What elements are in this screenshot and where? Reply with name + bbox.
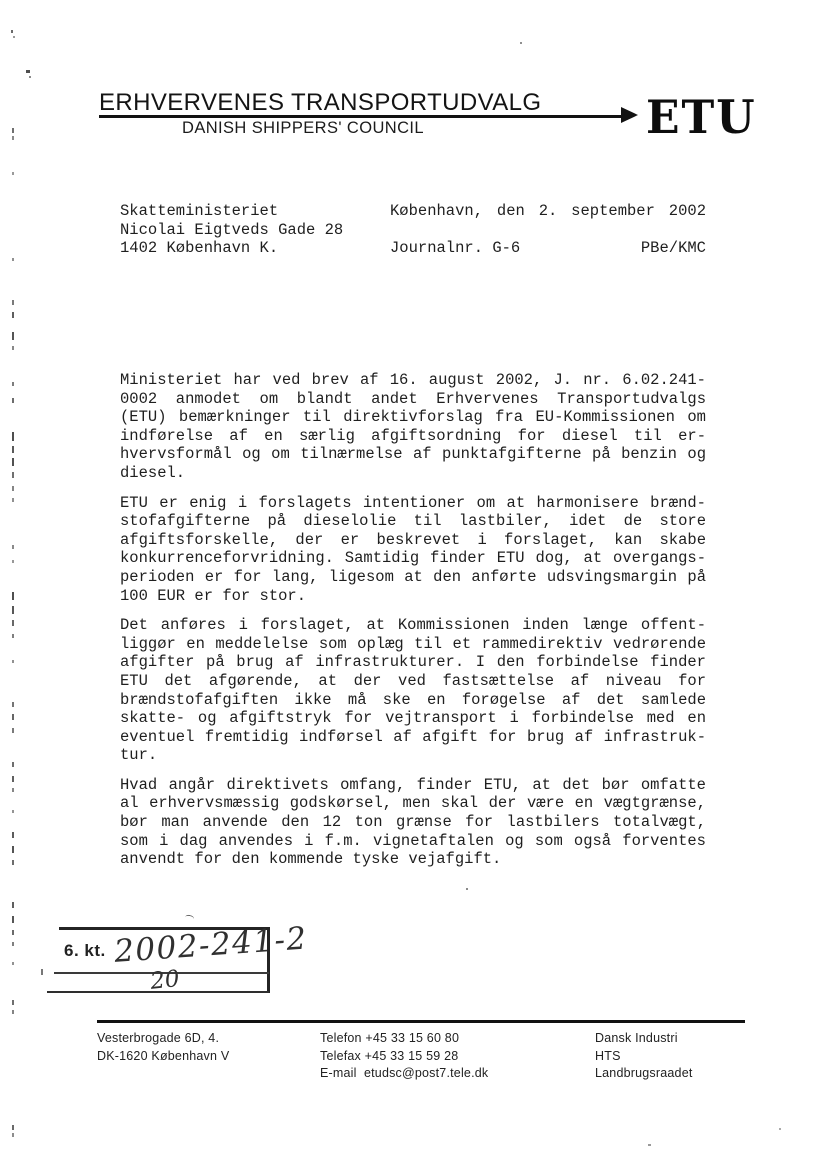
pen-squiggle-mark: [184, 914, 194, 922]
body-paragraph: Det anføres i forslaget, at Kommissionen…: [120, 616, 706, 765]
body-line: eventuel fremtidig indførsel af afgift f…: [120, 728, 706, 747]
scan-speck: [520, 42, 522, 44]
body-line: afgiftsforskelle, der er beskrevet i for…: [120, 531, 706, 550]
org-subtitle: DANISH SHIPPERS' COUNCIL: [182, 119, 424, 138]
scan-speck: [12, 172, 14, 175]
body-line: hvervsformål og om tilnærmelse af punkta…: [120, 445, 706, 464]
body-line: 0002 anmodet om blandt andet Erhvervenes…: [120, 390, 706, 409]
footer-phone: Telefon +45 33 15 60 80: [320, 1030, 488, 1048]
scan-speck: [12, 620, 14, 626]
scan-speck: [12, 432, 14, 441]
arrow-right-icon: [621, 107, 638, 123]
scan-speck: [12, 592, 14, 600]
recipient-city: 1402 København K.: [120, 239, 343, 258]
scan-speck: [12, 1010, 14, 1014]
header-underline-arrow-line: [99, 115, 622, 118]
scan-speck: [41, 969, 43, 975]
body-line: skatte- og afgiftstryk for vejtransport …: [120, 709, 706, 728]
body-line: liggør en meddelelse som oplæg til et ra…: [120, 635, 706, 654]
body-line: indførelse af en særlig afgiftsordning f…: [120, 427, 706, 446]
footer-org-2: HTS: [595, 1048, 693, 1066]
scan-speck: [12, 472, 14, 478]
case-initials: PBe/KMC: [641, 239, 706, 258]
body-paragraph: Ministeriet har ved brev af 16. august 2…: [120, 371, 706, 483]
body-line: ETU er enig i forslagets intentioner om …: [120, 494, 706, 513]
scan-speck: [779, 1128, 781, 1130]
scan-speck: [648, 1144, 651, 1146]
scan-speck: [12, 128, 14, 133]
scan-speck: [12, 332, 14, 340]
stamp-office-label: 6. kt.: [64, 941, 106, 961]
body-line: perioden er for lang, ligesom at den anf…: [120, 568, 706, 587]
scan-speck: [12, 762, 14, 767]
body-line: brændstofafgiften ikke må ske en forøgel…: [120, 691, 706, 710]
body-line: afgifter på brug af infrastrukturer. I d…: [120, 653, 706, 672]
scan-speck: [12, 634, 14, 638]
scan-speck: [12, 860, 14, 865]
handwritten-sub-number: 20: [149, 966, 181, 995]
body-paragraphs: Ministeriet har ved brev af 16. august 2…: [120, 371, 706, 880]
body-paragraph: Hvad angår direktivets omfang, finder ET…: [120, 776, 706, 869]
scan-speck: [12, 346, 14, 350]
meta-spacer: [390, 221, 706, 240]
scan-speck: [11, 30, 13, 33]
body-line: Hvad angår direktivets omfang, finder ET…: [120, 776, 706, 795]
body-line: stofafgifterne på dieselolie til lastbil…: [120, 512, 706, 531]
body-line: bør man anvende den 12 ton grænse for la…: [120, 813, 706, 832]
scan-speck: [12, 846, 14, 853]
scan-speck: [12, 776, 14, 782]
body-line: 100 EUR er for stor.: [120, 587, 706, 606]
scan-speck: [12, 942, 14, 946]
journal-number: Journalnr. G-6: [390, 239, 520, 258]
scan-speck: [12, 702, 14, 707]
body-line: Ministeriet har ved brev af 16. august 2…: [120, 371, 706, 390]
scan-speck: [12, 1133, 14, 1137]
scan-speck: [12, 446, 14, 453]
scan-speck: [12, 728, 14, 733]
footer-contact-column: Telefon +45 33 15 60 80 Telefax +45 33 1…: [320, 1030, 488, 1083]
body-line: konkurrenceforvridning. Samtidig finder …: [120, 549, 706, 568]
scan-speck: [12, 930, 14, 935]
scan-speck: [12, 382, 14, 386]
letter-page: ERHVERVENES TRANSPORTUDVALG DANISH SHIPP…: [0, 0, 832, 1163]
scan-speck: [29, 76, 31, 78]
body-line: anvendt for den kommende tyske vejafgift…: [120, 850, 706, 869]
scan-speck: [12, 1000, 14, 1005]
scan-speck: [12, 136, 14, 140]
recipient-name: Skatteministeriet: [120, 202, 343, 221]
meta-block: København, den 2. september 2002 Journal…: [390, 202, 706, 258]
scan-speck: [12, 498, 14, 502]
body-line: al erhvervsmæssig godskørsel, men skal d…: [120, 794, 706, 813]
scan-speck: [12, 258, 14, 261]
footer-rule: [97, 1020, 745, 1023]
footer-street: Vesterbrogade 6D, 4.: [97, 1030, 229, 1048]
scan-speck: [12, 398, 14, 403]
etu-logo: ETU: [646, 91, 757, 145]
org-name-heading: ERHVERVENES TRANSPORTUDVALG: [99, 89, 541, 117]
footer-organizations-column: Dansk Industri HTS Landbrugsraadet: [595, 1030, 693, 1083]
body-line: tur.: [120, 746, 706, 765]
scan-speck: [12, 788, 14, 792]
body-line: som i dag anvendes i f.m. vignetaftalen …: [120, 832, 706, 851]
scan-speck: [466, 888, 468, 890]
scan-speck: [26, 70, 30, 73]
footer-org-1: Dansk Industri: [595, 1030, 693, 1048]
footer-fax: Telefax +45 33 15 59 28: [320, 1048, 488, 1066]
scan-speck: [12, 832, 14, 838]
scan-speck: [12, 606, 14, 614]
body-line: diesel.: [120, 464, 706, 483]
scan-speck: [12, 486, 14, 491]
footer-city: DK-1620 København V: [97, 1048, 229, 1066]
scan-speck: [12, 810, 14, 813]
body-paragraph: ETU er enig i forslagets intentioner om …: [120, 494, 706, 606]
scan-speck: [12, 560, 14, 563]
scan-speck: [12, 902, 14, 908]
footer-org-3: Landbrugsraadet: [595, 1065, 693, 1083]
scan-speck: [13, 36, 15, 38]
scan-speck: [12, 458, 14, 466]
body-line: (ETU) bemærkninger til direktivforslag f…: [120, 408, 706, 427]
date-line: København, den 2. september 2002: [390, 202, 706, 221]
recipient-street: Nicolai Eigtveds Gade 28: [120, 221, 343, 240]
scan-speck: [12, 545, 14, 549]
scan-speck: [12, 300, 14, 305]
recipient-block: Skatteministeriet Nicolai Eigtveds Gade …: [120, 202, 343, 258]
scan-speck: [12, 1125, 14, 1130]
journal-line: Journalnr. G-6 PBe/KMC: [390, 239, 706, 258]
scan-speck: [12, 916, 14, 923]
body-line: Det anføres i forslaget, at Kommissionen…: [120, 616, 706, 635]
scan-speck: [12, 962, 14, 965]
body-line: ETU det afgørende, at der ved fastsættel…: [120, 672, 706, 691]
scan-speck: [12, 660, 14, 663]
scan-speck: [12, 312, 14, 318]
scan-speck: [12, 714, 14, 720]
footer-address-column: Vesterbrogade 6D, 4. DK-1620 København V: [97, 1030, 229, 1065]
footer-email: E-mail etudsc@post7.tele.dk: [320, 1065, 488, 1083]
